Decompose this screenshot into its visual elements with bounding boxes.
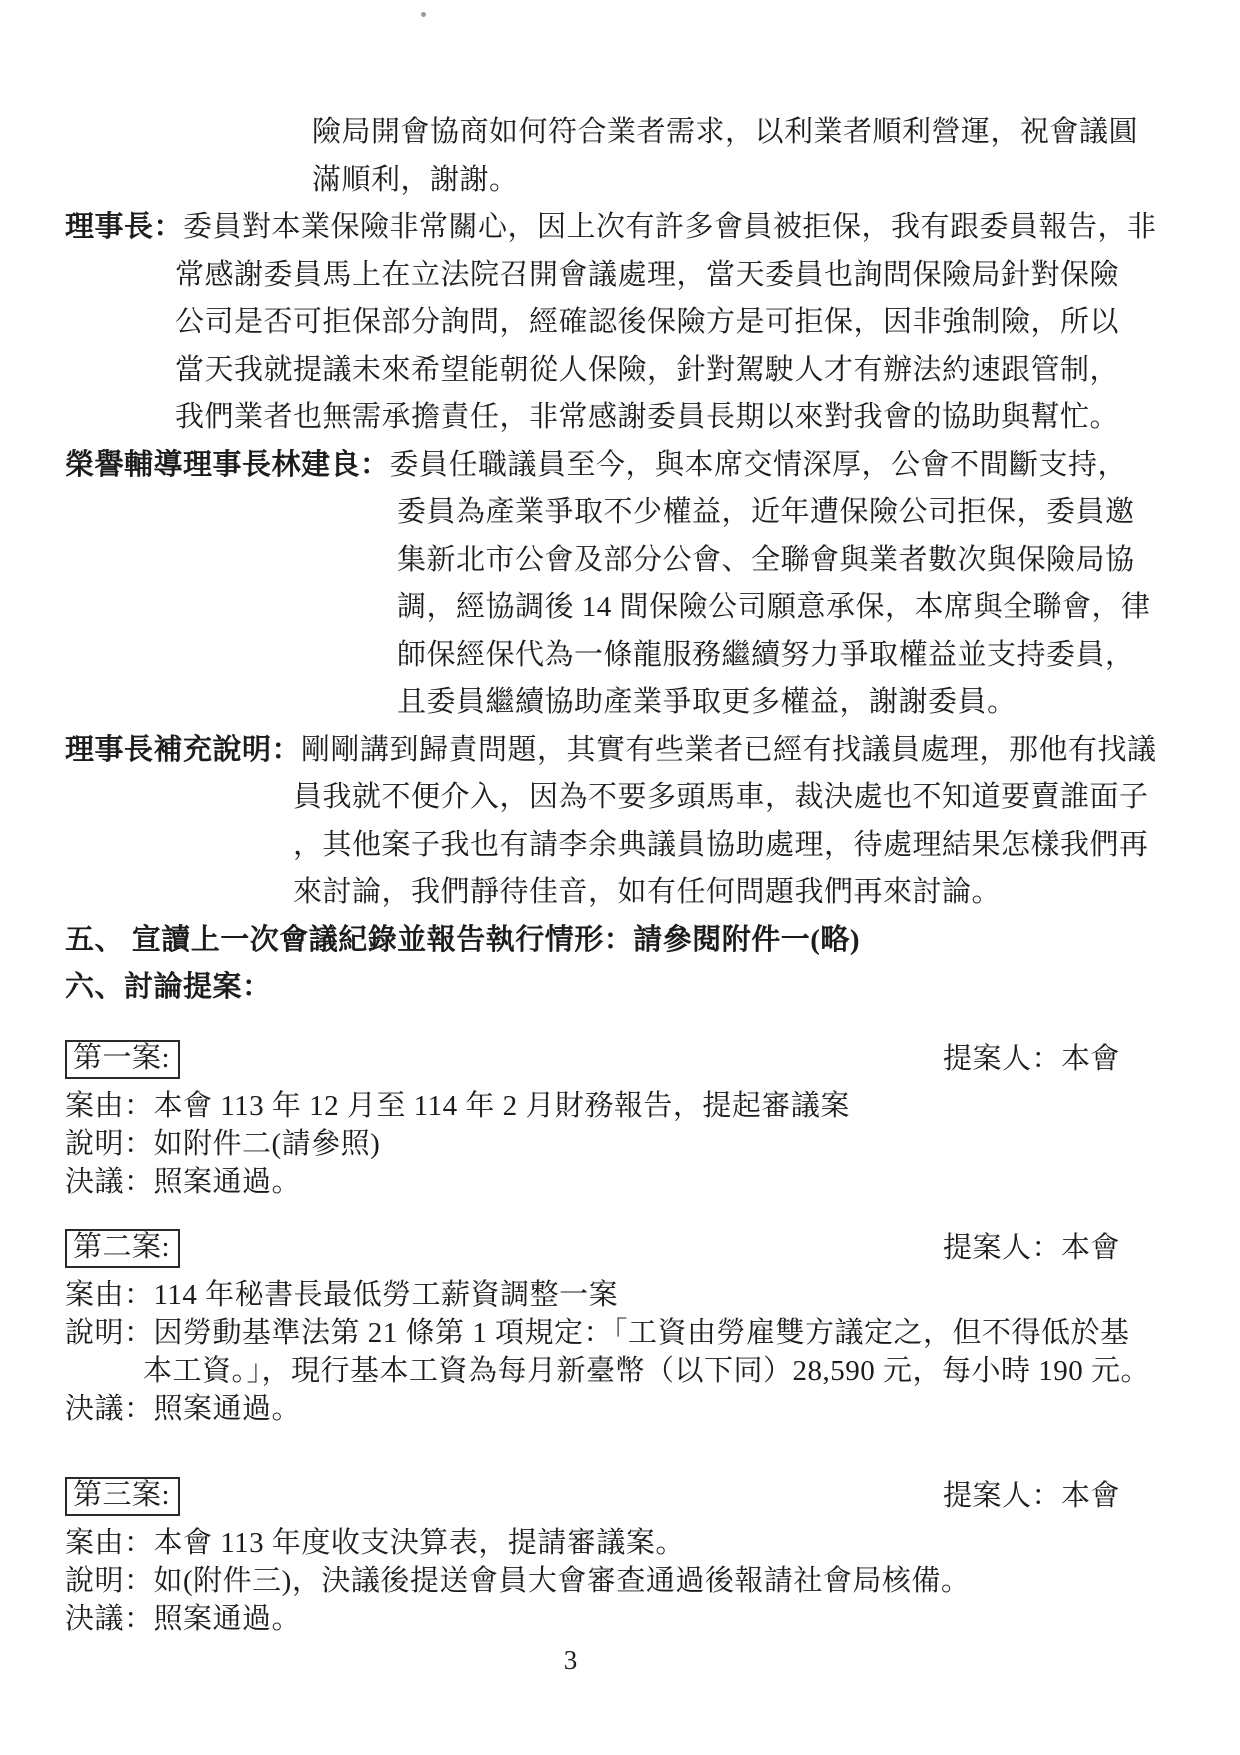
- proposal-case-2: 第二案: 提案人：本會 案由：114 年秘書長最低勞工薪資調整一案 說明：因勞動…: [65, 1229, 1120, 1428]
- text-line: 來討論，我們靜待佳音，如有任何問題我們再來討論。: [293, 869, 1120, 917]
- text-line: 當天我就提議未來希望能朝從人保險，針對駕駛人才有辦法約速跟管制，: [175, 347, 1120, 395]
- document-content: 險局開會協商如何符合業者需求，以利業者順利營運，祝會議圓 滿順利，謝謝。 理事長…: [0, 0, 1240, 1680]
- text-line: 榮譽輔導理事長林建良：委員任職議員至今，與本席交情深厚，公會不間斷支持，: [65, 442, 1120, 490]
- text-line: ，其他案子我也有請李余典議員協助處理，待處理結果怎樣我們再: [293, 822, 1120, 870]
- text-line: 公司是否可拒保部分詢問，經確認後保險方是可拒保，因非強制險，所以: [175, 299, 1120, 347]
- section-heading-five: 五、 宣讀上一次會議紀錄並報告執行情形：請參閱附件一(略): [65, 917, 1120, 965]
- proposer-label: 提案人：本會: [943, 1477, 1120, 1515]
- case-explanation-line: 本工資。」，現行基本工資為每月新臺幣（以下同）28,590 元，每小時 190 …: [143, 1352, 1120, 1390]
- case-resolution-line: 決議：照案通過。: [65, 1390, 1120, 1428]
- case-title-box: 第二案:: [65, 1229, 180, 1268]
- text-line: 且委員繼續協助產業爭取更多權益，謝謝委員。: [397, 679, 1120, 727]
- speaker-label: 榮譽輔導理事長林建良：: [65, 449, 390, 481]
- case-explanation-line: 說明：如(附件三)，決議後提送會員大會審查通過後報請社會局核備。: [65, 1562, 1120, 1600]
- case-resolution-line: 決議：照案通過。: [65, 1600, 1120, 1638]
- text-line: 員我就不便介入，因為不要多頭馬車，裁決處也不知道要賣誰面子: [293, 774, 1120, 822]
- text-line: 險局開會協商如何符合業者需求，以利業者順利營運，祝會議圓: [312, 109, 1120, 157]
- page-number: 3: [43, 1640, 1098, 1680]
- case-title-box: 第一案:: [65, 1040, 180, 1079]
- speech-text: 委員任職議員至今，與本席交情深厚，公會不間斷支持，: [390, 449, 1128, 481]
- proposal-case-1: 第一案: 提案人：本會 案由：本會 113 年 12 月至 114 年 2 月財…: [65, 1040, 1120, 1201]
- text-line: 滿順利，謝謝。: [312, 157, 1120, 205]
- text-line: 常感謝委員馬上在立法院召開會議處理，當天委員也詢問保險局針對保險: [175, 252, 1120, 300]
- proposer-label: 提案人：本會: [943, 1040, 1120, 1078]
- text-line: 調，經協調後 14 間保險公司願意承保，本席與全聯會，律: [397, 584, 1120, 632]
- speech-paragraph-honorary-director: 榮譽輔導理事長林建良：委員任職議員至今，與本席交情深厚，公會不間斷支持， 委員為…: [65, 442, 1120, 727]
- speaker-label: 理事長：: [65, 211, 183, 243]
- text-line: 集新北市公會及部分公會、全聯會與業者數次與保險局協: [397, 537, 1120, 585]
- case-explanation-line: 說明：因勞動基準法第 21 條第 1 項規定：「工資由勞雇雙方議定之，但不得低於…: [65, 1314, 1120, 1352]
- section-heading-six: 六、討論提案：: [65, 964, 1120, 1012]
- case-title-box: 第三案:: [65, 1477, 180, 1516]
- text-line: 師保經保代為一條龍服務繼續努力爭取權益並支持委員，: [397, 632, 1120, 680]
- speaker-label: 理事長補充說明：: [65, 734, 301, 766]
- continuation-paragraph: 險局開會協商如何符合業者需求，以利業者順利營運，祝會議圓 滿順利，謝謝。: [65, 109, 1120, 204]
- speech-paragraph-chairman-supplement: 理事長補充說明：剛剛講到歸責問題，其實有些業者已經有找議員處理，那他有找議 員我…: [65, 727, 1120, 917]
- document-page: 險局開會協商如何符合業者需求，以利業者順利營運，祝會議圓 滿順利，謝謝。 理事長…: [0, 0, 1240, 1755]
- text-line: 理事長補充說明：剛剛講到歸責問題，其實有些業者已經有找議員處理，那他有找議: [65, 727, 1120, 775]
- speech-text: 委員對本業保險非常關心，因上次有許多會員被拒保，我有跟委員報告，非: [183, 211, 1157, 243]
- speech-text: 剛剛講到歸責問題，其實有些業者已經有找議員處理，那他有找議: [301, 734, 1157, 766]
- proposer-label: 提案人：本會: [943, 1229, 1120, 1267]
- case-subject-line: 案由：114 年秘書長最低勞工薪資調整一案: [65, 1276, 1120, 1314]
- proposal-case-3: 第三案: 提案人：本會 案由：本會 113 年度收支決算表，提請審議案。 說明：…: [65, 1477, 1120, 1638]
- case-header: 第二案: 提案人：本會: [65, 1229, 1120, 1268]
- case-explanation-line: 說明：如附件二(請參照): [65, 1125, 1120, 1163]
- text-line: 理事長：委員對本業保險非常關心，因上次有許多會員被拒保，我有跟委員報告，非: [65, 204, 1120, 252]
- case-subject-line: 案由：本會 113 年度收支決算表，提請審議案。: [65, 1524, 1120, 1562]
- case-resolution-line: 決議：照案通過。: [65, 1163, 1120, 1201]
- text-line: 委員為產業爭取不少權益，近年遭保險公司拒保，委員邀: [397, 489, 1120, 537]
- case-subject-line: 案由：本會 113 年 12 月至 114 年 2 月財務報告，提起審議案: [65, 1087, 1120, 1125]
- text-line: 我們業者也無需承擔責任，非常感謝委員長期以來對我會的協助與幫忙。: [175, 394, 1120, 442]
- scan-speck-icon: [421, 12, 426, 17]
- speech-paragraph-chairman: 理事長：委員對本業保險非常關心，因上次有許多會員被拒保，我有跟委員報告，非 常感…: [65, 204, 1120, 442]
- case-header: 第三案: 提案人：本會: [65, 1477, 1120, 1516]
- case-header: 第一案: 提案人：本會: [65, 1040, 1120, 1079]
